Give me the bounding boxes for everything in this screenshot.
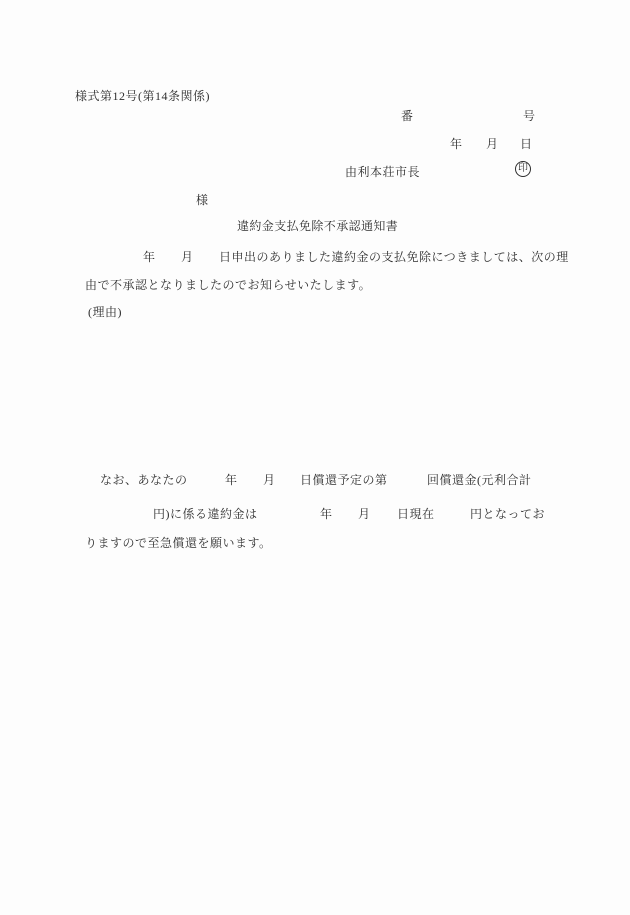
note-line1-lead: なお、あなたの [100, 473, 188, 487]
note-line2-day-segment: 日現在 [397, 507, 435, 521]
note-line2-amount-segment: 円となってお [470, 507, 545, 521]
recipient-honorific: 様 [196, 193, 209, 207]
sender-title: 由利本荘市長 [345, 165, 420, 179]
doc-number-suffix: 号 [523, 109, 536, 123]
header-date-year-label: 年 [450, 137, 463, 151]
note-line2-yen-segment: 円)に係る違約金は [153, 507, 258, 521]
note-line2-year-label: 年 [320, 507, 333, 521]
note-line1-repayment-segment: 回償還金(元利合計 [427, 473, 532, 487]
body-line1: 日申出のありました違約金の支払免除につきましては、次の理 [219, 250, 569, 264]
header-date-day-label: 日 [520, 137, 533, 151]
body-date-month-label: 月 [181, 250, 194, 264]
seal-icon: 印 [515, 161, 531, 177]
document-title: 違約金支払免除不承認通知書 [237, 219, 398, 233]
body-line2: 由で不承認となりましたのでお知らせいたします。 [85, 278, 371, 292]
header-date-month-label: 月 [486, 137, 499, 151]
form-number: 様式第12号(第14条関係) [75, 89, 210, 103]
note-line1-month-label: 月 [263, 473, 276, 487]
note-line3: りますので至急償還を願います。 [85, 536, 272, 550]
note-line1-year-label: 年 [225, 473, 238, 487]
document-page: 様式第12号(第14条関係) 番 号 年 月 日 由利本荘市長 印 様 違約金支… [0, 0, 630, 915]
doc-number-prefix: 番 [401, 109, 414, 123]
reason-label: (理由) [88, 305, 122, 319]
body-date-year-label: 年 [143, 250, 156, 264]
note-line2-month-label: 月 [358, 507, 371, 521]
note-line1-day-segment: 日償還予定の第 [300, 473, 388, 487]
